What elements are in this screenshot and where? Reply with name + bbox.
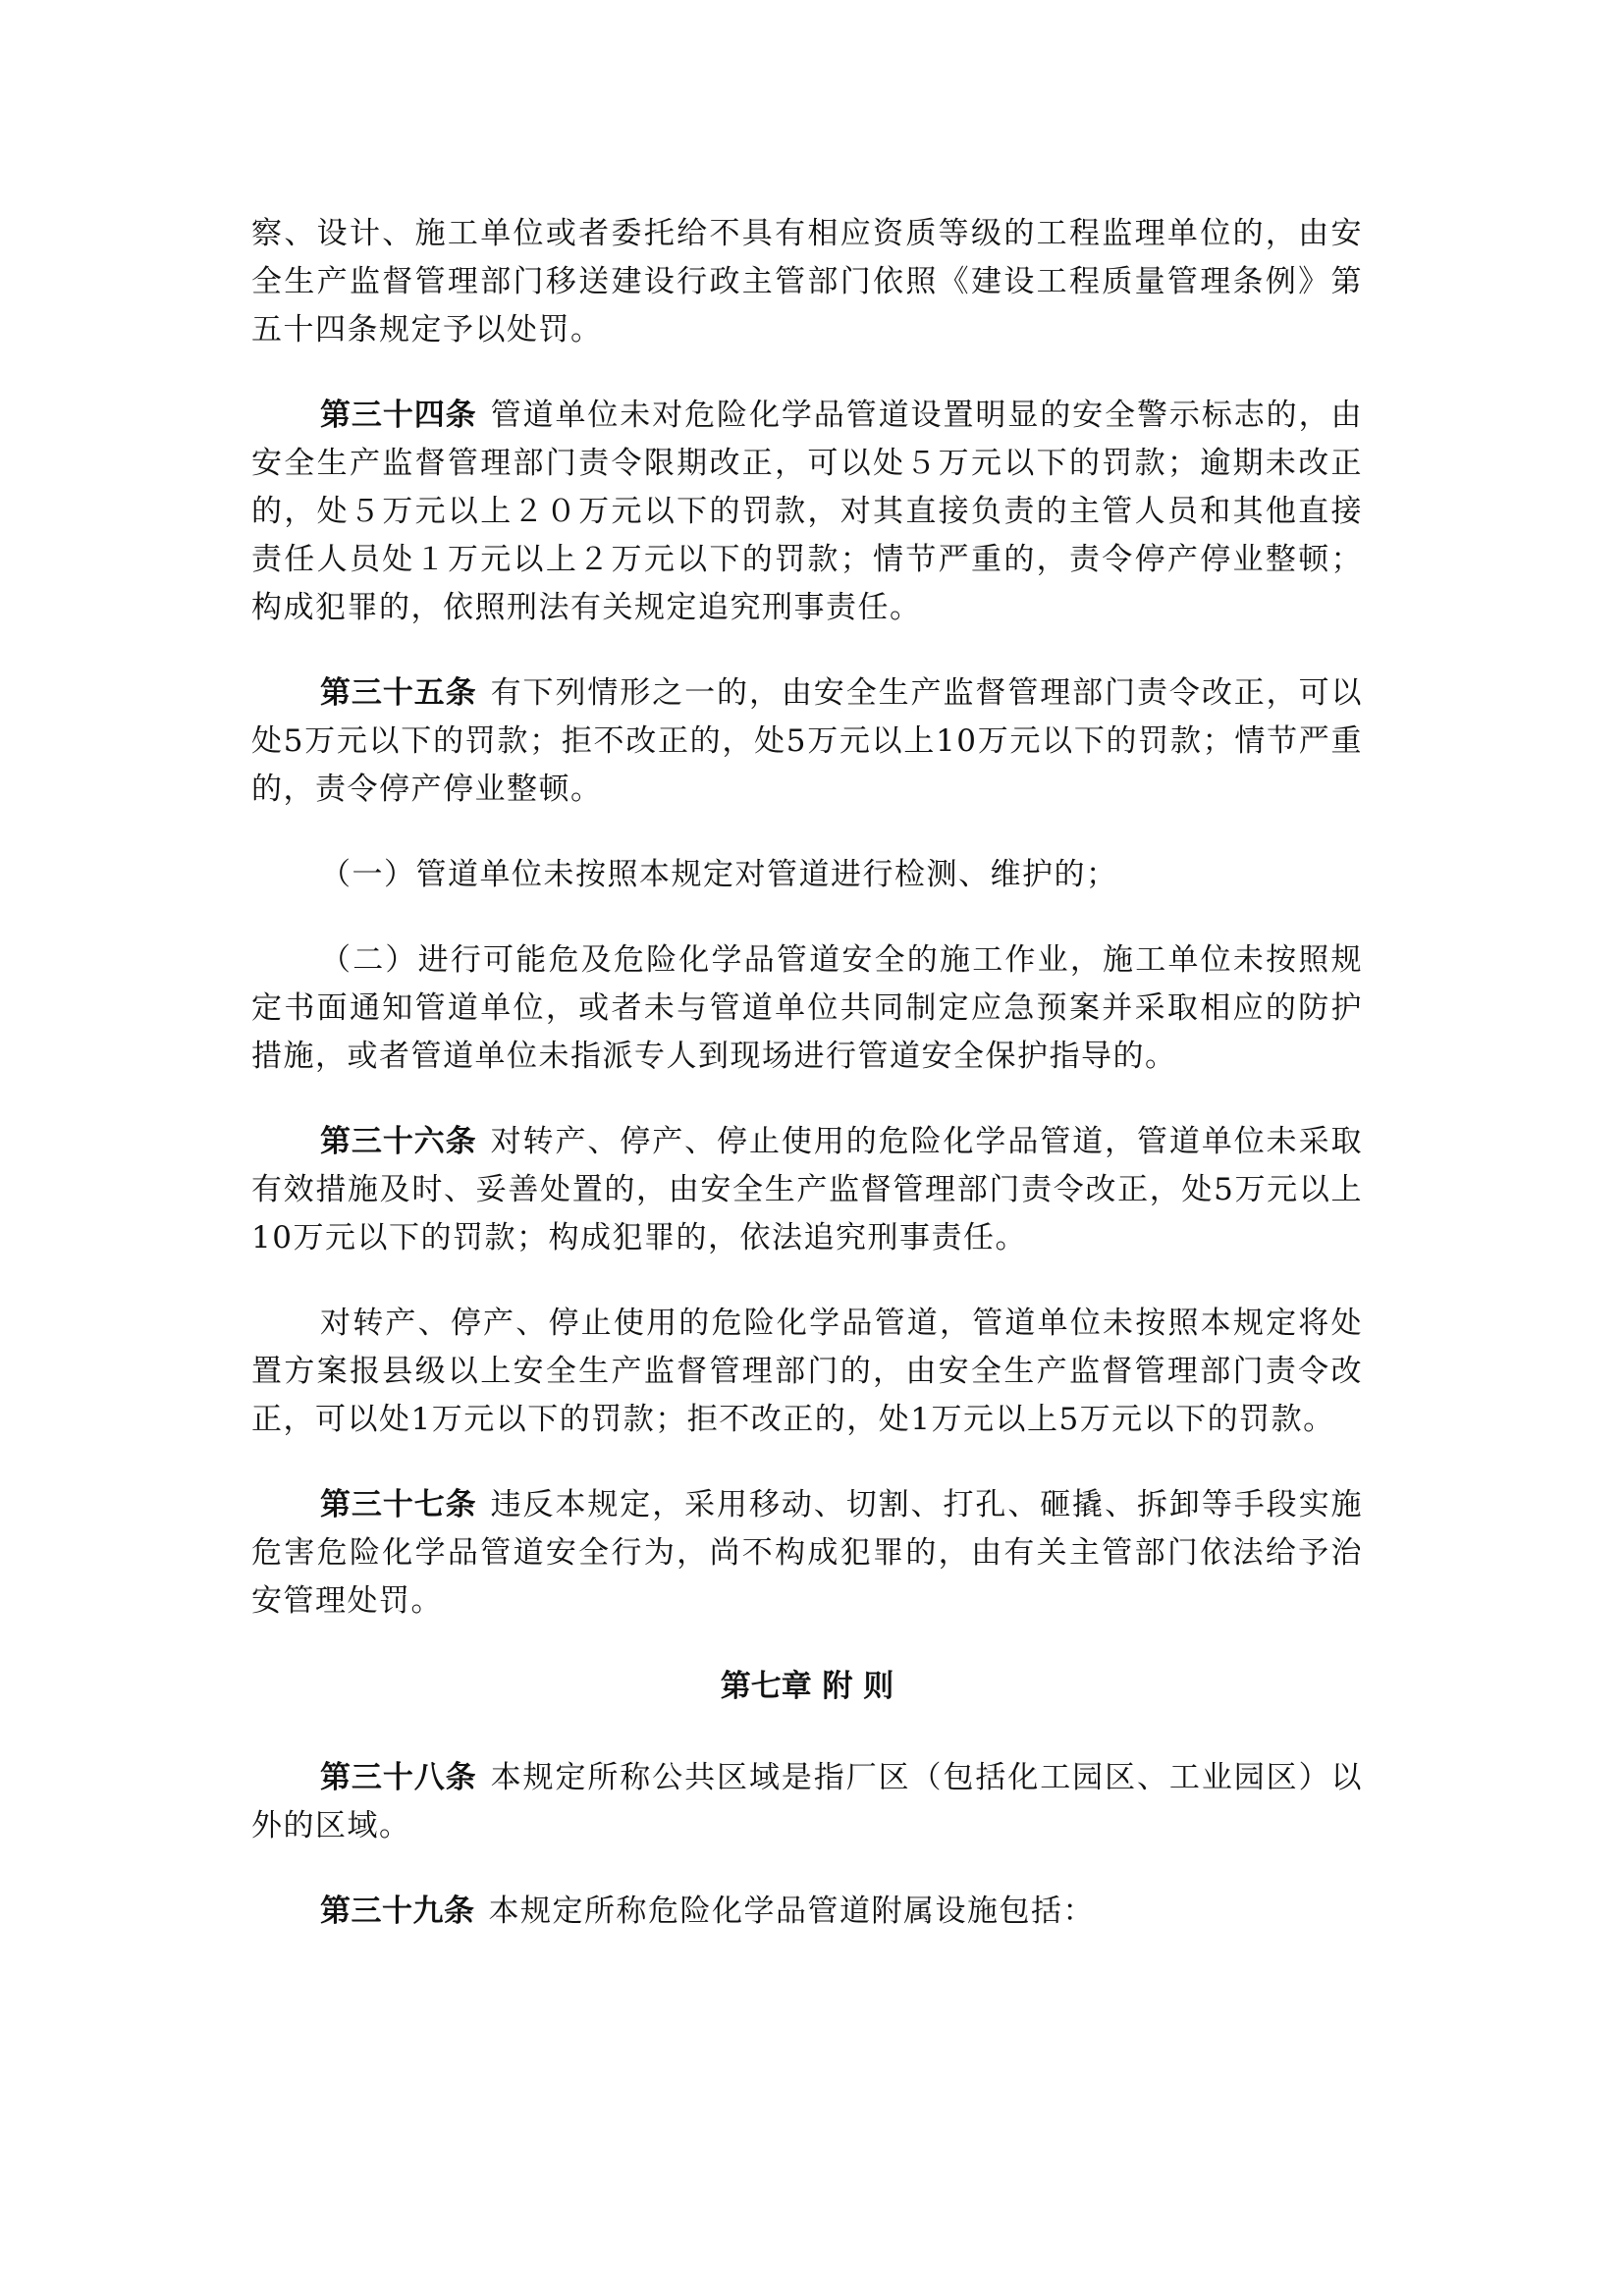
- list-item-2: （二）进行可能危及危险化学品管道安全的施工作业，施工单位未按照规定书面通知管道单…: [251, 936, 1363, 1081]
- paragraph-text: 对转产、停产、停止使用的危险化学品管道，管道单位未按照本规定将处置方案报县级以上…: [251, 1306, 1363, 1437]
- article-37: 第三十七条违反本规定，采用移动、切割、打孔、砸撬、拆卸等手段实施危害危险化学品管…: [251, 1481, 1363, 1626]
- article-38: 第三十八条本规定所称公共区域是指厂区（包括化工园区、工业园区）以外的区域。: [251, 1754, 1363, 1850]
- article-39: 第三十九条本规定所称危险化学品管道附属设施包括：: [251, 1888, 1363, 1936]
- document-page: 察、设计、施工单位或者委托给不具有相应资质等级的工程监理单位的，由安全生产监督管…: [251, 210, 1363, 1973]
- article-label: 第三十九条: [320, 1894, 475, 1929]
- paragraph-text: 察、设计、施工单位或者委托给不具有相应资质等级的工程监理单位的，由安全生产监督管…: [251, 216, 1363, 347]
- list-item-1: （一）管道单位未按照本规定对管道进行检测、维护的；: [251, 851, 1363, 899]
- article-label: 第三十六条: [320, 1124, 477, 1159]
- continuation-paragraph: 察、设计、施工单位或者委托给不具有相应资质等级的工程监理单位的，由安全生产监督管…: [251, 210, 1363, 354]
- article-36-paragraph-2: 对转产、停产、停止使用的危险化学品管道，管道单位未按照本规定将处置方案报县级以上…: [251, 1300, 1363, 1444]
- article-text: 本规定所称危险化学品管道附属设施包括：: [489, 1894, 1096, 1929]
- article-label: 第三十五条: [320, 675, 477, 711]
- article-label: 第三十七条: [320, 1487, 477, 1522]
- chapter-heading: 第七章 附 则: [251, 1663, 1363, 1711]
- article-36: 第三十六条对转产、停产、停止使用的危险化学品管道，管道单位未采取有效措施及时、妥…: [251, 1118, 1363, 1262]
- article-35: 第三十五条有下列情形之一的，由安全生产监督管理部门责令改正，可以处5万元以下的罚…: [251, 669, 1363, 814]
- article-label: 第三十四条: [320, 398, 477, 433]
- item-text: （二）进行可能危及危险化学品管道安全的施工作业，施工单位未按照规定书面通知管道单…: [251, 942, 1363, 1074]
- article-label: 第三十八条: [320, 1760, 477, 1795]
- article-34: 第三十四条管道单位未对危险化学品管道设置明显的安全警示标志的，由安全生产监督管理…: [251, 392, 1363, 632]
- item-text: （一）管道单位未按照本规定对管道进行检测、维护的；: [320, 857, 1118, 892]
